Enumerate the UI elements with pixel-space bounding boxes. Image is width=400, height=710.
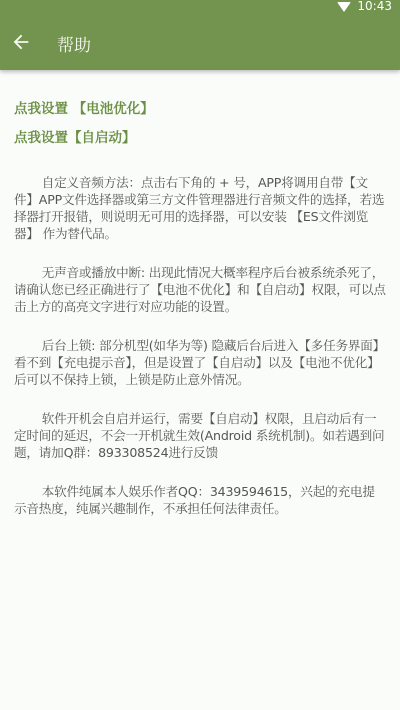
toolbar: 帮助 bbox=[0, 24, 400, 64]
help-paragraph-background-lock: 后台上锁: 部分机型(如华为等) 隐藏后台后进入【多任务界面】看不到【充电提示音… bbox=[14, 337, 386, 388]
app-bar: 10:43 帮助 bbox=[0, 0, 400, 70]
arrow-left-icon[interactable] bbox=[10, 30, 32, 54]
page-title: 帮助 bbox=[57, 31, 91, 56]
status-bar: 10:43 bbox=[0, 0, 400, 12]
help-paragraph-disclaimer: 本软件纯属本人娱乐作者QQ：3439594615，兴起的充电提示音热度，纯属兴趣… bbox=[14, 483, 386, 517]
help-paragraph-boot-start: 软件开机会自启并运行，需要【自启动】权限，且启动后有一定时间的延迟，不会一开机就… bbox=[14, 410, 386, 461]
battery-optimization-link[interactable]: 点我设置 【电池优化】 bbox=[14, 97, 386, 121]
help-content: 点我设置 【电池优化】 点我设置【自启动】 自定义音频方法：点击右下角的 + 号… bbox=[0, 70, 400, 517]
autostart-link[interactable]: 点我设置【自启动】 bbox=[14, 126, 386, 150]
status-time: 10:43 bbox=[357, 0, 392, 13]
help-paragraph-custom-audio: 自定义音频方法：点击右下角的 + 号，APP将调用自带【文件】APP文件选择器或… bbox=[14, 174, 386, 242]
help-paragraph-no-sound: 无声音或播放中断: 出现此情况大概率程序后台被系统杀死了，请确认您已经正确进行了… bbox=[14, 264, 386, 315]
wifi-icon bbox=[337, 2, 351, 12]
